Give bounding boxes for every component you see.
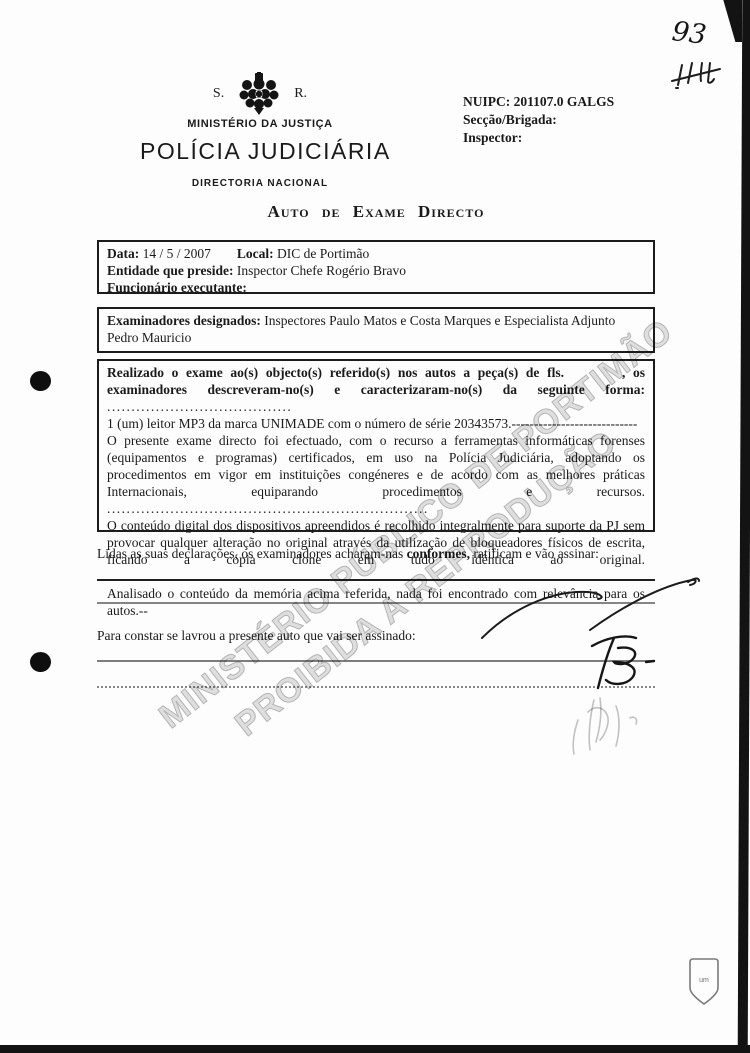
- faint-signature-scribble: [560, 692, 670, 764]
- letterhead: S.: [140, 72, 380, 189]
- signature-line-4: [97, 686, 655, 688]
- paragraph-2-dot-leader: ........................................…: [107, 569, 390, 584]
- inspector-line: Inspector:: [463, 129, 614, 147]
- nuipc-label: NUIPC:: [463, 94, 510, 109]
- executor-line: Funcionário executante:: [107, 279, 645, 296]
- exam-intro: Realizado o exame ao(s) objecto(s) refer…: [107, 364, 645, 415]
- paragraph-1-text: O presente exame directo foi efectuado, …: [107, 433, 645, 499]
- date-value: 14 / 5 / 2007: [143, 246, 211, 261]
- declaration-part-2: ratificam e vão assinar:: [470, 546, 599, 561]
- declaration-line: Lidas as suas declarações, os examinador…: [97, 546, 655, 562]
- coat-of-arms-icon: [238, 72, 280, 116]
- declaration-bold: conformes,: [407, 546, 470, 561]
- case-info-block: NUIPC: 201107.0 GALGS Secção/Brigada: In…: [463, 93, 614, 147]
- punch-hole-top: [30, 371, 51, 391]
- crest-row: S.: [140, 72, 380, 116]
- exam-intro-bold-1: Realizado o exame ao(s) objecto(s) refer…: [107, 365, 564, 380]
- exam-item-line: 1 (um) leitor MP3 da marca UNIMADE com o…: [107, 415, 645, 432]
- examiners-label: Examinadores designados:: [107, 313, 261, 328]
- section-line: Secção/Brigada:: [463, 111, 614, 129]
- exam-paragraph-1: O presente exame directo foi efectuado, …: [107, 432, 645, 517]
- place-label: Local:: [237, 246, 274, 261]
- exam-header-box: Data: 14 / 5 / 2007Local: DIC de Portimã…: [97, 240, 655, 294]
- item-dash-leader: ----------------------------: [512, 416, 638, 431]
- scan-edge-bottom: [0, 1045, 750, 1053]
- document-title: Auto de Exame Directo: [97, 202, 655, 222]
- handwritten-scribble: [668, 55, 728, 91]
- presiding-label: Entidade que preside:: [107, 263, 234, 278]
- presiding-line: Entidade que preside: Inspector Chefe Ro…: [107, 262, 645, 279]
- scan-edge-corner: [720, 0, 742, 42]
- presiding-value: Inspector Chefe Rogério Bravo: [237, 263, 406, 278]
- handwritten-page-number: 93: [670, 16, 708, 51]
- nuipc-line: NUIPC: 201107.0 GALGS: [463, 93, 614, 111]
- declaration-part-1: Lidas as suas declarações, os examinador…: [97, 546, 407, 561]
- nuipc-value: 201107.0 GALGS: [514, 94, 615, 109]
- exam-description-box: Realizado o exame ao(s) objecto(s) refer…: [97, 359, 655, 532]
- scanned-document-page: 93 S.: [0, 0, 750, 1053]
- crest-letter-r: R.: [294, 86, 307, 102]
- shield-stamp-icon: um: [684, 958, 724, 1006]
- scan-edge-right: [738, 0, 750, 1053]
- signature-line-3: [97, 660, 655, 662]
- punch-hole-bottom: [30, 652, 51, 672]
- item-text: 1 (um) leitor MP3 da marca UNIMADE com o…: [107, 416, 512, 431]
- initials-signature: [588, 632, 668, 696]
- place-value: DIC de Portimão: [277, 246, 369, 261]
- executor-label: Funcionário executante:: [107, 280, 247, 295]
- division-name: DIRECTORIA NACIONAL: [140, 178, 380, 189]
- ministry-name: MINISTÉRIO DA JUSTIÇA: [140, 118, 380, 130]
- intro-dot-leader: ......................................: [107, 399, 292, 414]
- paragraph-1-dot-leader: ........................................…: [107, 501, 429, 516]
- date-label: Data:: [107, 246, 139, 261]
- examiners-box: Examinadores designados: Inspectores Pau…: [97, 307, 655, 353]
- shield-stamp-text: um: [699, 977, 709, 984]
- organization-name: POLÍCIA JUDICIÁRIA: [140, 138, 380, 165]
- closing-line: Para constar se lavrou a presente auto q…: [97, 628, 655, 644]
- date-place-line: Data: 14 / 5 / 2007Local: DIC de Portimã…: [107, 245, 645, 262]
- crest-letter-s: S.: [213, 86, 224, 102]
